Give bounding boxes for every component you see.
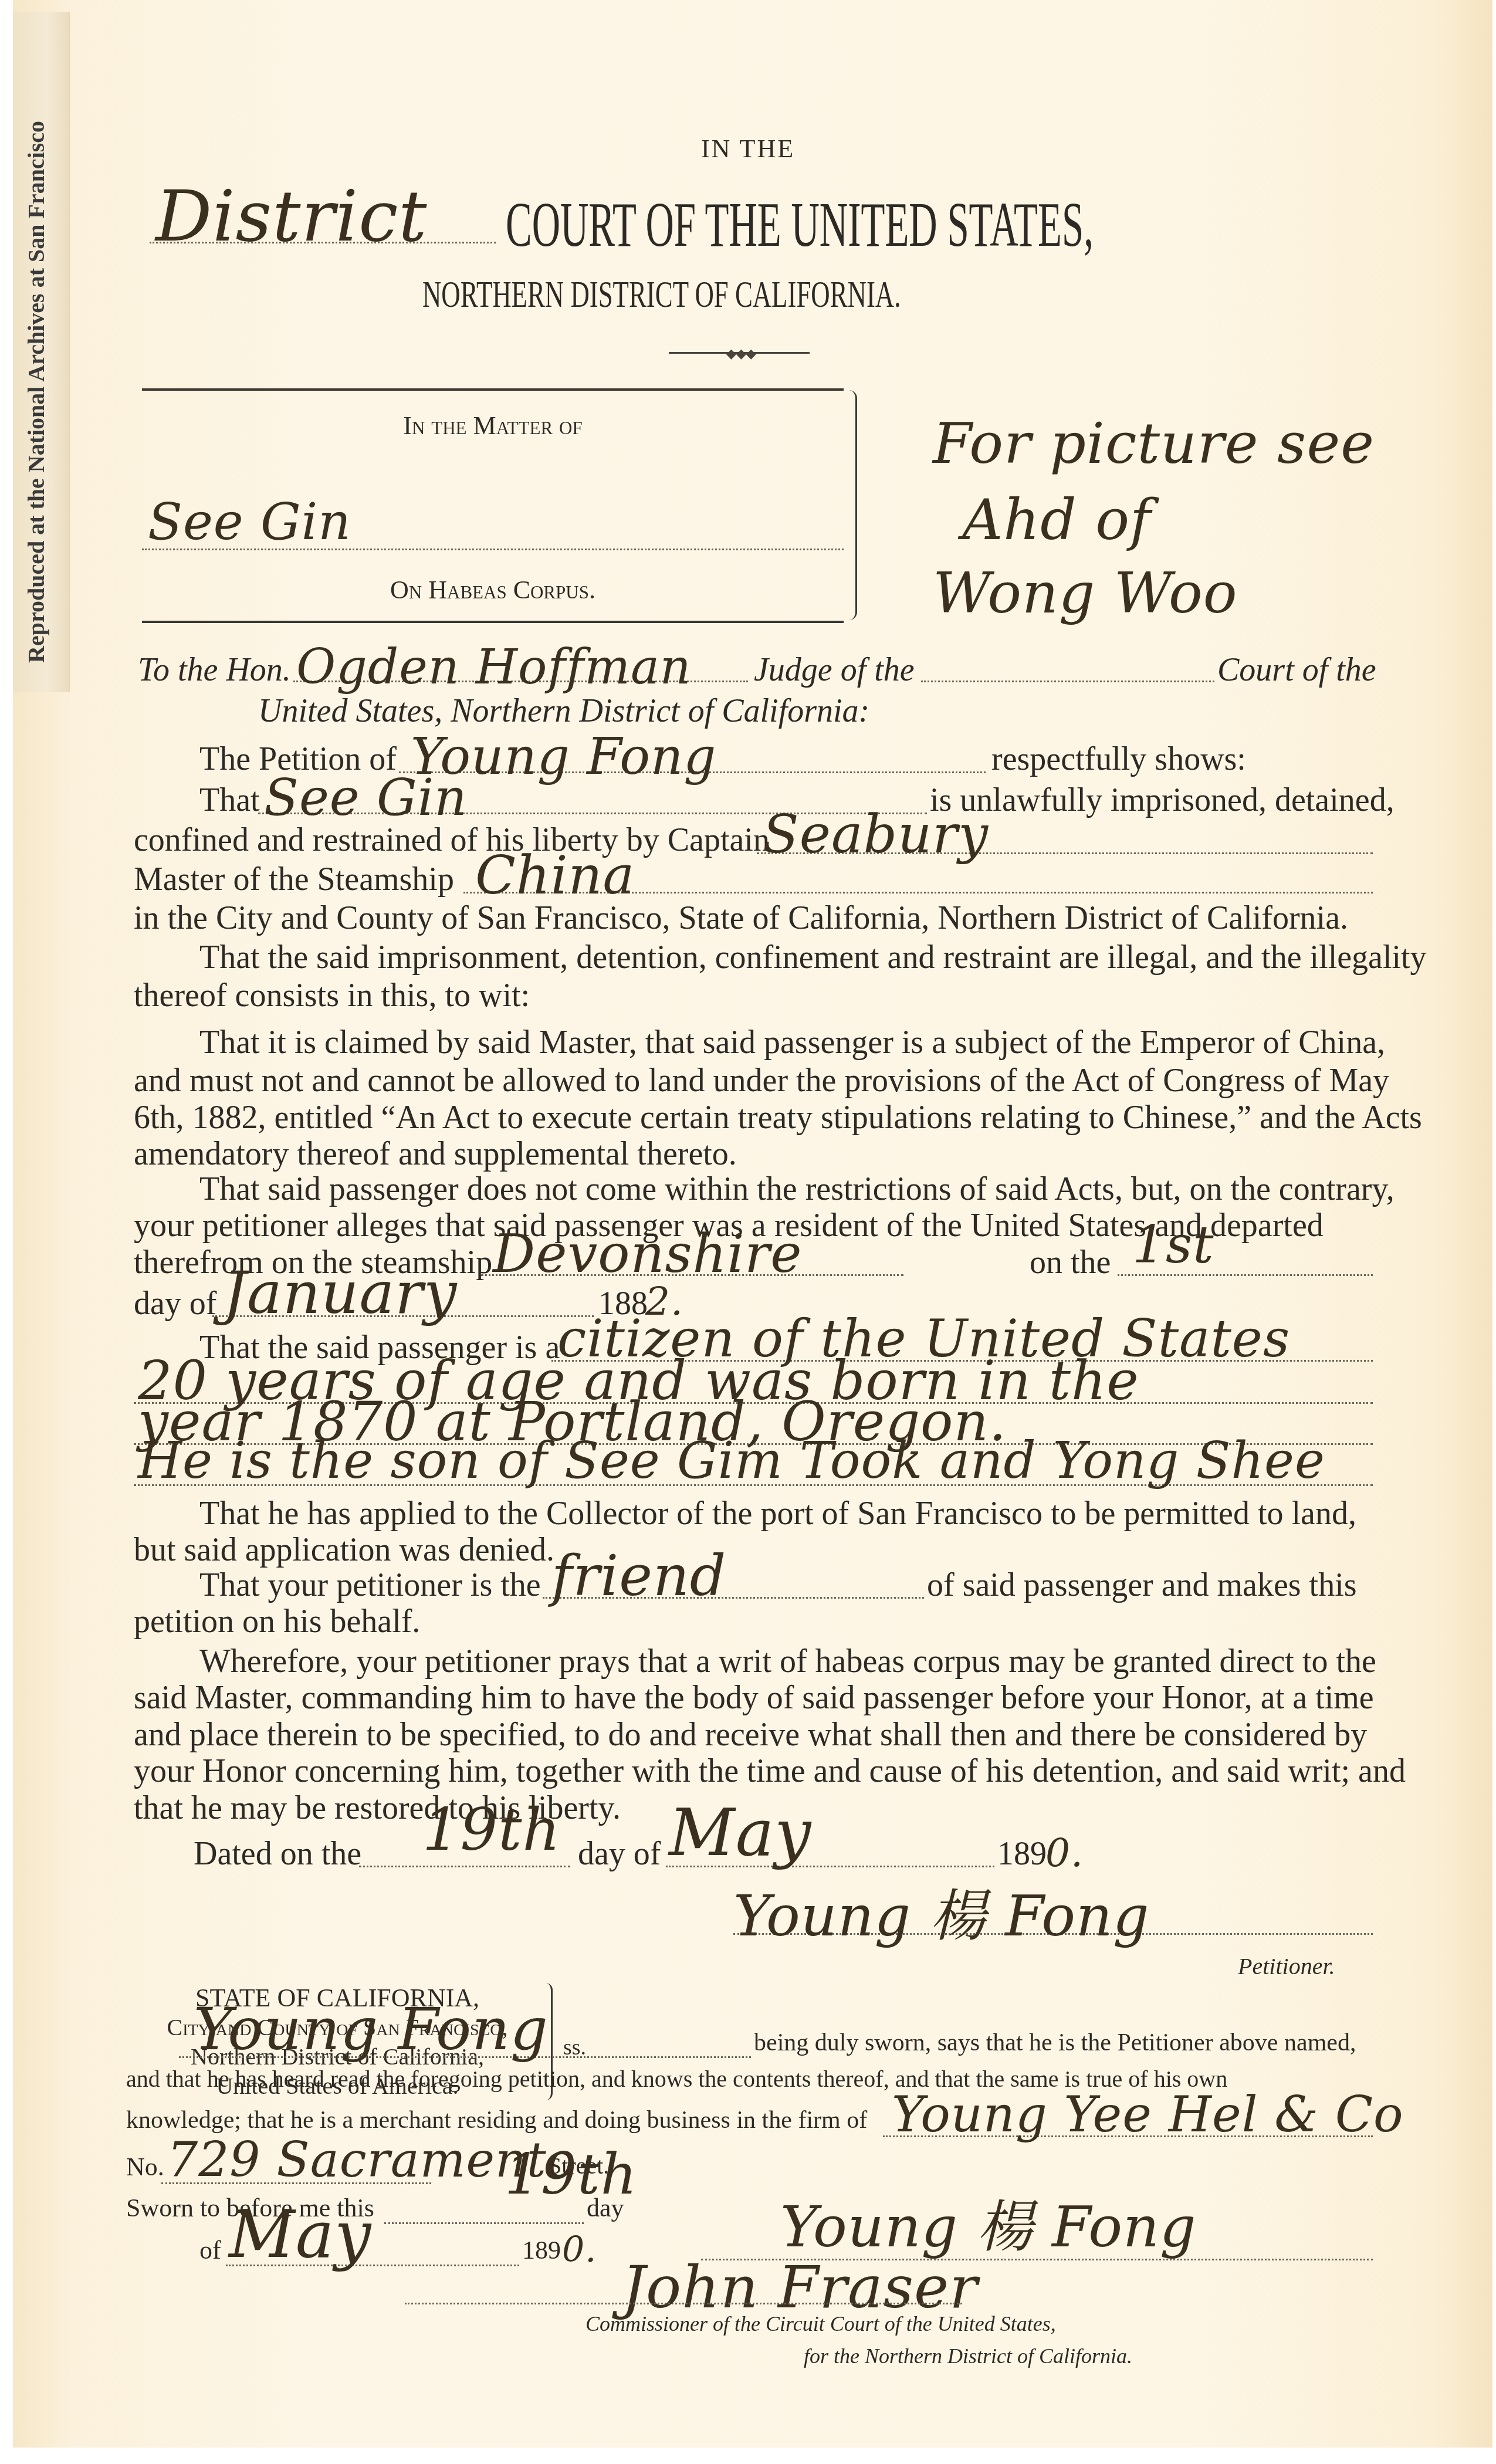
commissioner-title-1: Commissioner of the Circuit Court of the…: [585, 2311, 1056, 2336]
captain-handwritten: Seabury: [763, 804, 989, 865]
on-habeas-corpus: On Habeas Corpus.: [142, 575, 844, 605]
no-label: No.: [126, 2152, 164, 2182]
on-the-label: on the: [1030, 1244, 1111, 1281]
matter-box-bottom-rule: [142, 621, 844, 623]
in-the-matter-of: In the Matter of: [142, 411, 844, 441]
dated-year-suffix-handwritten: 0.: [1045, 1830, 1084, 1876]
departure-month-handwritten: January: [223, 1258, 457, 1327]
relation-line-2: petition on his behalf.: [134, 1603, 420, 1640]
petitioner-signature: Young 楊 Fong: [733, 1871, 1149, 1952]
relation-label: That your petitioner is the: [199, 1566, 541, 1604]
district-title-text: NORTHERN DISTRICT OF CALIFORNIA.: [422, 273, 901, 316]
sworn-year-prefix: 189: [522, 2235, 561, 2265]
sworn-day-line: [384, 2222, 584, 2224]
court-of-the: Court of the: [1217, 651, 1376, 689]
dated-day-line: [359, 1866, 570, 1867]
to-the-hon: To the Hon.: [138, 651, 291, 689]
archive-stamp: Reproduced at the National Archives at S…: [22, 121, 50, 663]
margin-note-line-1: For picture see: [933, 411, 1375, 476]
ornament-diamond-icon: ◆◆◆: [726, 346, 756, 361]
relation-handwritten: friend: [551, 1543, 726, 1609]
citizen-handwritten-4: He is the son of See Gim Took and Yong S…: [138, 1431, 1325, 1490]
court-type-handwritten: District: [155, 176, 428, 258]
para-illegal-2: thereof consists in this, to wit:: [134, 977, 530, 1014]
affidavit-line-3: knowledge; that he is a merchant residin…: [126, 2106, 867, 2134]
detainee-handwritten: See Gin: [264, 769, 468, 827]
matter-box-brace: [845, 390, 857, 620]
dated-day-handwritten: 19th: [422, 1795, 561, 1864]
of-label: of: [199, 2235, 221, 2265]
judge-handwritten: Ogden Hoffman: [296, 639, 692, 695]
relation-suffix: of said passenger and makes this: [927, 1566, 1356, 1604]
matter-box-top-rule: [142, 388, 844, 391]
court-title: COURT OF THE UNITED STATES,: [506, 189, 1454, 262]
para-illegal-1: That the said imprisonment, detention, c…: [199, 939, 1427, 976]
sworn-month-handwritten: May: [229, 2197, 371, 2272]
para-claim-1: That it is claimed by said Master, that …: [199, 1024, 1385, 1061]
steamship-handwritten: China: [475, 845, 635, 906]
unlawfully-text: is unlawfully imprisoned, detained,: [930, 781, 1395, 819]
margin-note-line-2: Ahd of: [962, 487, 1151, 553]
para-wherefore-3: and place therein to be specified, to do…: [134, 1716, 1367, 1754]
para-claim-3: 6th, 1882, entitled “An Act to execute c…: [134, 1099, 1422, 1136]
para-claim-4: amendatory thereof and supplemental ther…: [134, 1135, 737, 1173]
affiant-handwritten: Young Fong: [194, 1995, 549, 2063]
day-label: day: [587, 2193, 624, 2223]
affiant-signature: Young 楊 Fong: [780, 2182, 1196, 2263]
firm-handwritten: Young Yee Hel & Co: [892, 2086, 1404, 2143]
respectfully-shows: respectfully shows:: [991, 740, 1246, 778]
commissioner-signature-line: [405, 2303, 962, 2304]
city-line: in the City and County of San Francisco,…: [134, 899, 1348, 937]
court-name-blank: [921, 681, 1214, 682]
para-applied-2: but said application was denied.: [134, 1531, 554, 1569]
dated-month-handwritten: May: [669, 1795, 811, 1870]
departure-ship-handwritten: Devonshire: [493, 1223, 803, 1285]
master-label: Master of the Steamship: [134, 861, 454, 898]
court-title-text: COURT OF THE UNITED STATES,: [506, 189, 1094, 262]
dated-year-prefix: 189: [997, 1835, 1047, 1873]
confined-label: confined and restrained of his liberty b…: [134, 821, 770, 859]
margin-note-line-3: Wong Woo: [933, 560, 1238, 626]
petitioner-label: Petitioner.: [1238, 1952, 1335, 1980]
dated-label: Dated on the: [194, 1835, 361, 1873]
commissioner-title-2: for the Northern District of California.: [804, 2344, 1132, 2368]
para-wherefore-2: said Master, commanding him to have the …: [134, 1679, 1374, 1717]
day-of-label: day of: [134, 1285, 217, 1322]
address-line-2: United States, Northern District of Cali…: [258, 692, 869, 730]
para-wherefore-4: your Honor concerning him, together with…: [134, 1752, 1406, 1790]
that-label: That: [199, 781, 260, 819]
sworn-year-suffix-handwritten: 0.: [562, 2229, 597, 2270]
judge-of-the: Judge of the: [754, 651, 915, 689]
district-title: NORTHERN DISTRICT OF CALIFORNIA.: [422, 273, 1106, 316]
para-resident-1: That said passenger does not come within…: [199, 1170, 1395, 1208]
header-in-the: IN THE: [0, 134, 1496, 164]
para-wherefore-1: Wherefore, your petitioner prays that a …: [199, 1643, 1376, 1680]
dated-day-of: day of: [578, 1835, 661, 1873]
departure-day-handwritten: 1st: [1132, 1214, 1214, 1275]
para-applied-1: That he has applied to the Collector of …: [199, 1495, 1356, 1532]
sworn-text: being duly sworn, says that he is the Pe…: [754, 2029, 1356, 2057]
matter-name-handwritten: See Gin: [148, 493, 351, 551]
para-claim-2: and must not and cannot be allowed to la…: [134, 1062, 1389, 1099]
